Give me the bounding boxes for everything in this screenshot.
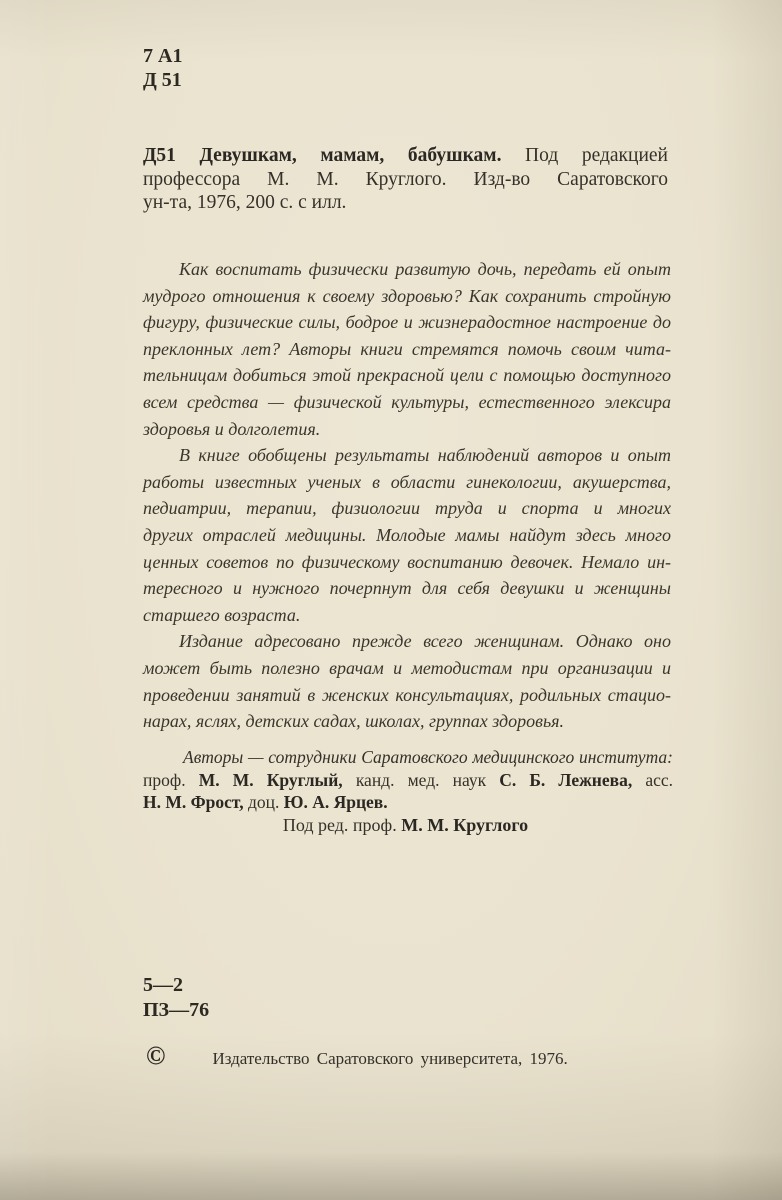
book-copyright-page: 7 А1 Д 51 Д51 Девушкам, мамам, бабушкам.…	[0, 0, 782, 1200]
authors-intro-line: Авторы — сотрудники Саратовского медицин…	[143, 746, 673, 769]
citation-line: ун-та, 1976, 200 с. с илл.	[143, 191, 668, 215]
annotation-line: педиатрии, терапии, физиологии труда и с…	[143, 495, 671, 522]
author-name: Н. М. Фрост,	[143, 792, 244, 812]
editor-name: М. М. Круглого	[401, 815, 528, 835]
imprint-code: 5—2	[143, 973, 671, 998]
annotation-line: тересного и нужного почерпнут для себя д…	[143, 575, 671, 602]
annotation-line: Издание адресовано прежде всего женщинам…	[143, 628, 671, 655]
annotation-line: всем средства — физической культуры, ест…	[143, 389, 671, 416]
citation-line1-rest: Под редакцией	[525, 145, 668, 166]
author-degree: канд. мед. наук	[356, 770, 486, 790]
annotation-line: проведении занятий в женских консультаци…	[143, 682, 671, 709]
authors-names-line: проф. М. М. Круглый, канд. мед. наук С. …	[143, 769, 673, 792]
annotation-line: здоровья и долголетия.	[143, 416, 671, 443]
annotation-line: преклонных лет? Авторы книги стремятся п…	[143, 336, 671, 363]
author-name: Ю. А. Ярцев.	[284, 792, 388, 812]
authors-names-line: Н. М. Фрост, доц. Ю. А. Ярцев.	[143, 791, 673, 814]
imprint-code: ПЗ—76	[143, 998, 671, 1023]
copyright-text: Издательство Саратовского университета, …	[212, 1049, 567, 1069]
annotation-line: других отраслей медицины. Молодые мамы н…	[143, 522, 671, 549]
author-degree: асс.	[645, 770, 673, 790]
annotation-line: работы известных ученых в области гинеко…	[143, 469, 671, 496]
annotation-line: тельницам добиться этой прекрасной цели …	[143, 362, 671, 389]
book-page-photo: 7 А1 Д 51 Д51 Девушкам, мамам, бабушкам.…	[0, 0, 782, 1200]
author-name: М. М. Круглый,	[199, 770, 343, 790]
annotation-line: мудрого отношения к своему здоровью? Как…	[143, 283, 671, 310]
annotation-line: Как воспитать физически развитую дочь, п…	[143, 256, 671, 283]
citation-line: Д51 Девушкам, мамам, бабушкам. Под редак…	[143, 144, 668, 168]
author-degree: проф.	[143, 770, 186, 790]
catalog-code-udc: 7 А1	[143, 44, 671, 68]
author-name: С. Б. Лежнева,	[499, 770, 632, 790]
author-degree: доц.	[248, 792, 279, 812]
citation-title: Д51 Девушкам, мамам, бабушкам.	[143, 145, 501, 166]
annotation-line: ценных советов по физическому воспитанию…	[143, 549, 671, 576]
annotation-text: Как воспитать физически развитую дочь, п…	[143, 256, 671, 735]
catalog-codes: 7 А1 Д 51	[143, 44, 671, 92]
annotation-line: старшего возраста.	[143, 602, 671, 629]
copyright-icon: ©	[146, 1041, 165, 1071]
annotation-line: фигуру, физические силы, бодрое и жизнер…	[143, 309, 671, 336]
annotation-line: может быть полезно врачам и методистам п…	[143, 655, 671, 682]
bibliographic-citation: Д51 Девушкам, мамам, бабушкам. Под редак…	[143, 144, 668, 215]
catalog-code-author-sign: Д 51	[143, 68, 671, 92]
editor-prefix: Под ред. проф.	[283, 815, 397, 835]
copyright-line: © Издательство Саратовского университета…	[143, 1041, 671, 1071]
annotation-line: В книге обобщены результаты наблюдений а…	[143, 442, 671, 469]
citation-line: профессора М. М. Круглого. Изд-во Сарато…	[143, 168, 668, 192]
authors-block: Авторы — сотрудники Саратовского медицин…	[143, 746, 673, 814]
annotation-line: нарах, яслях, детских садах, школах, гру…	[143, 708, 671, 735]
editor-line: Под ред. проф. М. М. Круглого	[143, 815, 668, 836]
print-imprint: 5—2 ПЗ—76	[143, 973, 671, 1023]
